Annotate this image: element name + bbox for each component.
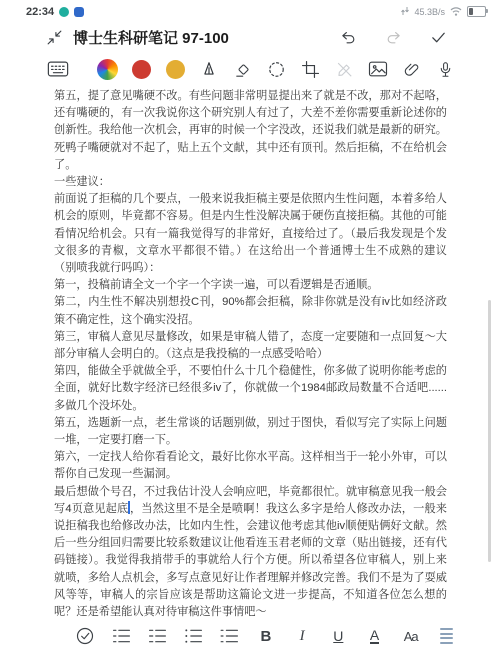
lasso-icon[interactable] <box>265 57 289 81</box>
yellow-pen-icon[interactable] <box>163 57 187 81</box>
undo-icon[interactable] <box>339 29 358 46</box>
bold-button[interactable]: B <box>255 625 277 647</box>
title-bar: 博士生科研笔记 97-100 <box>0 22 500 52</box>
redo-icon[interactable] <box>384 29 403 46</box>
note-paragraph[interactable]: 第六，一定找人给你看看论文，最好比你水平高。这样相当于一轮小外审，可以帮你自己发… <box>54 449 447 483</box>
scrollbar[interactable] <box>488 300 491 562</box>
underline-button[interactable]: U <box>327 625 349 647</box>
align-icon[interactable] <box>436 625 458 647</box>
format-bar: B I U A Aa <box>0 621 500 659</box>
note-paragraph[interactable]: 第二，内生性不解决别想投C刊，90%都会拒稿，除非你就是没有iv比如经济政策不确… <box>54 294 447 328</box>
keyboard-icon[interactable] <box>46 57 70 81</box>
editing-toolbar <box>46 54 458 84</box>
numbered-list-icon[interactable] <box>110 625 132 647</box>
note-editor: 22:34 45.3B/s 博士生科研笔记 97-100 <box>0 0 500 659</box>
dash-list-icon[interactable] <box>219 625 241 647</box>
bullet-list-icon[interactable] <box>183 625 205 647</box>
network-arrows-icon <box>401 6 409 18</box>
collapse-icon[interactable] <box>46 29 63 46</box>
italic-button[interactable]: I <box>291 625 313 647</box>
note-paragraph[interactable]: 第一，投稿前请全文一个字一个字读一遍，可以看逻辑是否通顺。 <box>54 277 447 294</box>
confirm-icon[interactable] <box>429 29 448 46</box>
network-speed: 45.3B/s <box>414 7 445 17</box>
note-body[interactable]: 第五，提了意见嘴硬不改。有些问题非常明显提出来了就是不改，那对不起咯，还有嘴硬的… <box>54 88 447 619</box>
note-paragraph[interactable]: 第五，提了意见嘴硬不改。有些问题非常明显提出来了就是不改，那对不起咯，还有嘴硬的… <box>54 88 447 174</box>
note-paragraph[interactable]: 第三，审稿人意见尽量修改，如果是审稿人错了，态度一定要随和一点回复～大部分审稿人… <box>54 329 447 363</box>
eraser-icon[interactable] <box>231 57 255 81</box>
note-paragraph[interactable]: 第五，选题新一点，老生常谈的话题别做，别过于图快，看似写完了实际上问题一堆，一定… <box>54 415 447 449</box>
note-paragraph[interactable]: 前面说了拒稿的几个要点，一般来说我拒稿主要是依照内生性问题，本着多给人机会的原则… <box>54 191 447 277</box>
pen-icon[interactable] <box>197 57 221 81</box>
note-paragraph[interactable]: 最后想做个号召，不过我估计没人会响应吧，毕竟都很忙。就审稿意见我一般会写4页意见… <box>54 484 447 619</box>
palette-icon[interactable] <box>96 57 120 81</box>
wifi-icon <box>450 6 462 18</box>
note-paragraph[interactable]: 第四，能做全乎就做全乎，不要怕什么十几个稳健性，你多做了说明你能考虑的全面，就好… <box>54 363 447 415</box>
todo-icon[interactable] <box>74 625 96 647</box>
note-paragraph[interactable]: 一些建议： <box>54 174 447 191</box>
status-bar: 22:34 45.3B/s <box>0 0 500 20</box>
stylus-off-icon[interactable] <box>333 57 357 81</box>
image-icon[interactable] <box>366 57 390 81</box>
crop-icon[interactable] <box>299 57 323 81</box>
clock: 22:34 <box>26 6 54 18</box>
mic-icon[interactable] <box>434 57 458 81</box>
notification-app2-icon <box>74 7 84 17</box>
attachment-icon[interactable] <box>400 57 424 81</box>
font-size-button[interactable]: Aa <box>400 625 422 647</box>
notification-app-icon <box>59 7 69 17</box>
font-color-button[interactable]: A <box>364 625 386 647</box>
multilevel-list-icon[interactable] <box>146 625 168 647</box>
note-title[interactable]: 博士生科研笔记 97-100 <box>73 27 229 48</box>
red-pen-icon[interactable] <box>130 57 154 81</box>
battery-icon <box>467 6 486 17</box>
